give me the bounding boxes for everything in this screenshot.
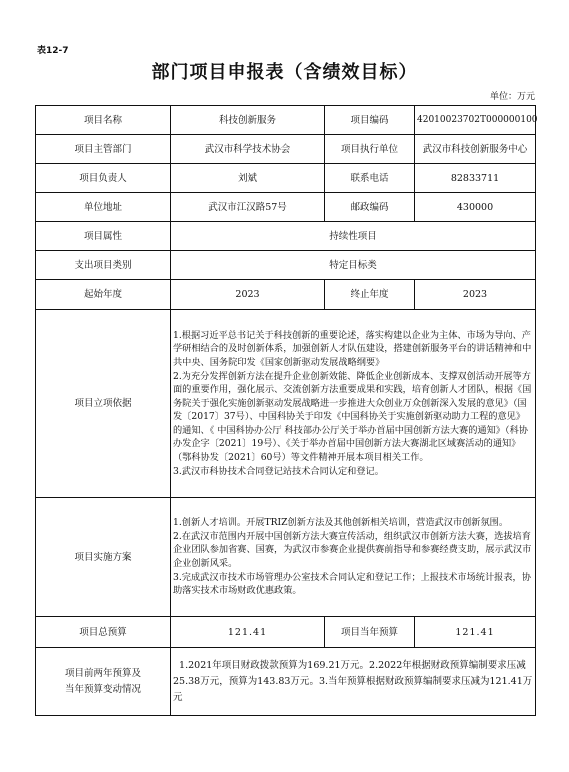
budget-change-label-line-1: 项目前两年预算及	[38, 666, 168, 682]
label-expense-category: 支出项目类别	[36, 251, 171, 280]
label-start-year: 起始年度	[36, 280, 171, 310]
project-form-table: 项目名称 科技创新服务 项目编码 42010023702T000000100 项…	[35, 105, 536, 716]
label-project-basis: 项目立项依据	[36, 310, 171, 498]
page-title: 部门项目申报表（含绩效目标）	[0, 58, 569, 84]
row-years: 起始年度 2023 终止年度 2023	[36, 280, 536, 310]
budget-change-label-line-2: 当年预算变动情况	[38, 682, 168, 698]
value-total-budget: 121.41	[171, 617, 325, 648]
value-project-name: 科技创新服务	[171, 106, 325, 135]
value-implementation-plan: 1.创新人才培训。开展TRIZ创新方法及其他创新相关培训，营造武汉市创新氛围。 …	[171, 498, 536, 617]
label-total-budget: 项目总预算	[36, 617, 171, 648]
label-phone: 联系电话	[325, 164, 415, 193]
basis-paragraph-3: 3.武汉市科协技术合同登记站技术合同认定和登记。	[173, 465, 533, 479]
value-address: 武汉市江汉路57号	[171, 193, 325, 222]
row-department: 项目主管部门 武汉市科学技术协会 项目执行单位 武汉市科技创新服务中心	[36, 135, 536, 164]
value-expense-category: 特定目标类	[171, 251, 536, 280]
label-project-attribute: 项目属性	[36, 222, 171, 251]
value-phone: 82833711	[415, 164, 536, 193]
label-executing-unit: 项目执行单位	[325, 135, 415, 164]
value-supervising-dept: 武汉市科学技术协会	[171, 135, 325, 164]
value-project-attribute: 持续性项目	[171, 222, 536, 251]
row-attribute: 项目属性 持续性项目	[36, 222, 536, 251]
value-current-year-budget: 121.41	[415, 617, 536, 648]
row-leader: 项目负责人 刘斌 联系电话 82833711	[36, 164, 536, 193]
table-number: 表12-7	[37, 43, 69, 56]
row-address: 单位地址 武汉市江汉路57号 邮政编码 430000	[36, 193, 536, 222]
row-basis: 项目立项依据 1.根据习近平总书记关于科技创新的重要论述，落实构建以企业为主体、…	[36, 310, 536, 498]
plan-paragraph-1: 1.创新人才培训。开展TRIZ创新方法及其他创新相关培训，营造武汉市创新氛围。	[173, 516, 533, 530]
unit-label: 单位：万元	[490, 89, 535, 102]
label-project-code: 项目编码	[325, 106, 415, 135]
value-executing-unit: 武汉市科技创新服务中心	[415, 135, 536, 164]
label-supervising-dept: 项目主管部门	[36, 135, 171, 164]
row-project-name: 项目名称 科技创新服务 项目编码 42010023702T000000100	[36, 106, 536, 135]
value-start-year: 2023	[171, 280, 325, 310]
value-project-leader: 刘斌	[171, 164, 325, 193]
row-budget: 项目总预算 121.41 项目当年预算 121.41	[36, 617, 536, 648]
row-budget-change: 项目前两年预算及 当年预算变动情况 1.2021年项目财政拨款预算为169.21…	[36, 648, 536, 716]
value-postcode: 430000	[415, 193, 536, 222]
row-plan: 项目实施方案 1.创新人才培训。开展TRIZ创新方法及其他创新相关培训，营造武汉…	[36, 498, 536, 617]
label-project-name: 项目名称	[36, 106, 171, 135]
value-end-year: 2023	[415, 280, 536, 310]
label-current-year-budget: 项目当年预算	[325, 617, 415, 648]
label-project-leader: 项目负责人	[36, 164, 171, 193]
label-end-year: 终止年度	[325, 280, 415, 310]
value-project-basis: 1.根据习近平总书记关于科技创新的重要论述，落实构建以企业为主体、市场为导向、产…	[171, 310, 536, 498]
basis-paragraph-1: 1.根据习近平总书记关于科技创新的重要论述，落实构建以企业为主体、市场为导向、产…	[173, 329, 533, 370]
plan-paragraph-3: 3.完成武汉市技术市场管理办公室技术合同认定和登记工作；上报技术市场统计报表，协…	[173, 571, 533, 598]
plan-paragraph-2: 2.在武汉市范围内开展中国创新方法大赛宣传活动，组织武汉市创新方法大赛，选拔培育…	[173, 530, 533, 571]
label-budget-change: 项目前两年预算及 当年预算变动情况	[36, 648, 171, 716]
basis-paragraph-2: 2.为充分发挥创新方法在提升企业创新效能、降低企业创新成本、支撑双创活动开展等方…	[173, 370, 533, 465]
label-postcode: 邮政编码	[325, 193, 415, 222]
label-address: 单位地址	[36, 193, 171, 222]
label-implementation-plan: 项目实施方案	[36, 498, 171, 617]
row-category: 支出项目类别 特定目标类	[36, 251, 536, 280]
value-budget-change: 1.2021年项目财政拨款预算为169.21万元。2.2022年根据财政预算编制…	[171, 648, 536, 716]
value-project-code: 42010023702T000000100	[415, 106, 536, 135]
